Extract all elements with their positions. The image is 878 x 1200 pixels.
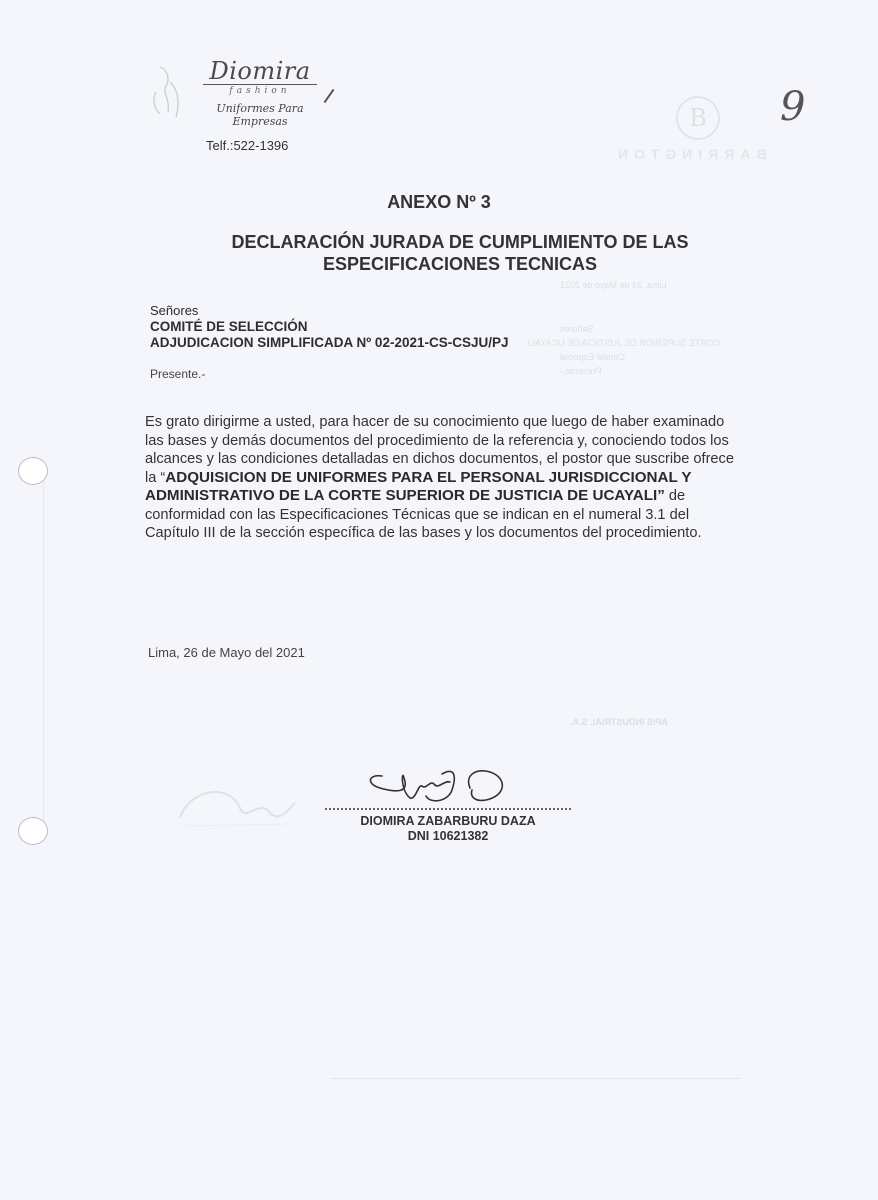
- watermark-logo-icon: B: [676, 96, 720, 140]
- bleed-line: Comité Especial: [560, 350, 720, 364]
- handwritten-signature-icon: [360, 760, 540, 810]
- annex-title: ANEXO Nº 3: [0, 192, 878, 213]
- signer-block: DIOMIRA ZABARBURU DAZA DNI 10621382: [325, 814, 571, 844]
- declaration-body: Es grato dirigirme a usted, para hacer d…: [145, 413, 745, 543]
- watermark-brand: BARRINGTON: [612, 146, 767, 162]
- committee-name: COMITÉ DE SELECCIÓN: [150, 319, 509, 335]
- bleed-line: CORTE SUPERIOR DE JUSTICIA DE UCAYALI: [560, 336, 720, 350]
- recipient-block: Señores COMITÉ DE SELECCIÓN ADJUDICACION…: [150, 303, 509, 351]
- bleed-line: Lima, 24 de Mayo de 2021: [560, 278, 720, 292]
- bleed-line: Señores: [560, 322, 720, 336]
- brand-name: Diomira: [203, 58, 316, 85]
- declaration-title: DECLARACIÓN JURADA DE CUMPLIMIENTO DE LA…: [190, 231, 730, 275]
- procurement-subject: ADQUISICION DE UNIFORMES PARA EL PERSONA…: [145, 469, 691, 505]
- bleed-signature-icon: [170, 778, 300, 838]
- bleed-footer-line: [330, 1078, 740, 1079]
- bleed-through-text: Lima, 24 de Mayo de 2021 Señores CORTE S…: [560, 278, 720, 378]
- company-phone: Telf.:522-1396: [206, 138, 288, 153]
- company-logo: Diomira fashion Uniformes Para Empresas: [190, 58, 330, 128]
- fold-line: [43, 470, 44, 830]
- signer-dni: DNI 10621382: [325, 829, 571, 844]
- signer-name: DIOMIRA ZABARBURU DAZA: [325, 814, 571, 829]
- signature-line: [325, 808, 571, 810]
- bleed-line: Presente.-: [560, 364, 720, 378]
- salutation: Señores: [150, 303, 509, 319]
- brand-subtitle: fashion: [190, 86, 330, 96]
- place-and-date: Lima, 26 de Mayo del 2021: [148, 645, 305, 660]
- handwritten-page-number: 9: [780, 84, 805, 130]
- bleed-company: APIS INDUSTRIAL S.A.: [570, 717, 668, 727]
- brand-tagline: Uniformes Para Empresas: [190, 102, 330, 128]
- process-reference: ADJUDICACION SIMPLIFICADA Nº 02-2021-CS-…: [150, 335, 509, 351]
- punch-hole: [18, 817, 48, 845]
- present-line: Presente.-: [150, 367, 205, 381]
- scanned-document-page: B BARRINGTON Lima, 24 de Mayo de 2021 Se…: [0, 0, 878, 1200]
- punch-hole: [18, 457, 48, 485]
